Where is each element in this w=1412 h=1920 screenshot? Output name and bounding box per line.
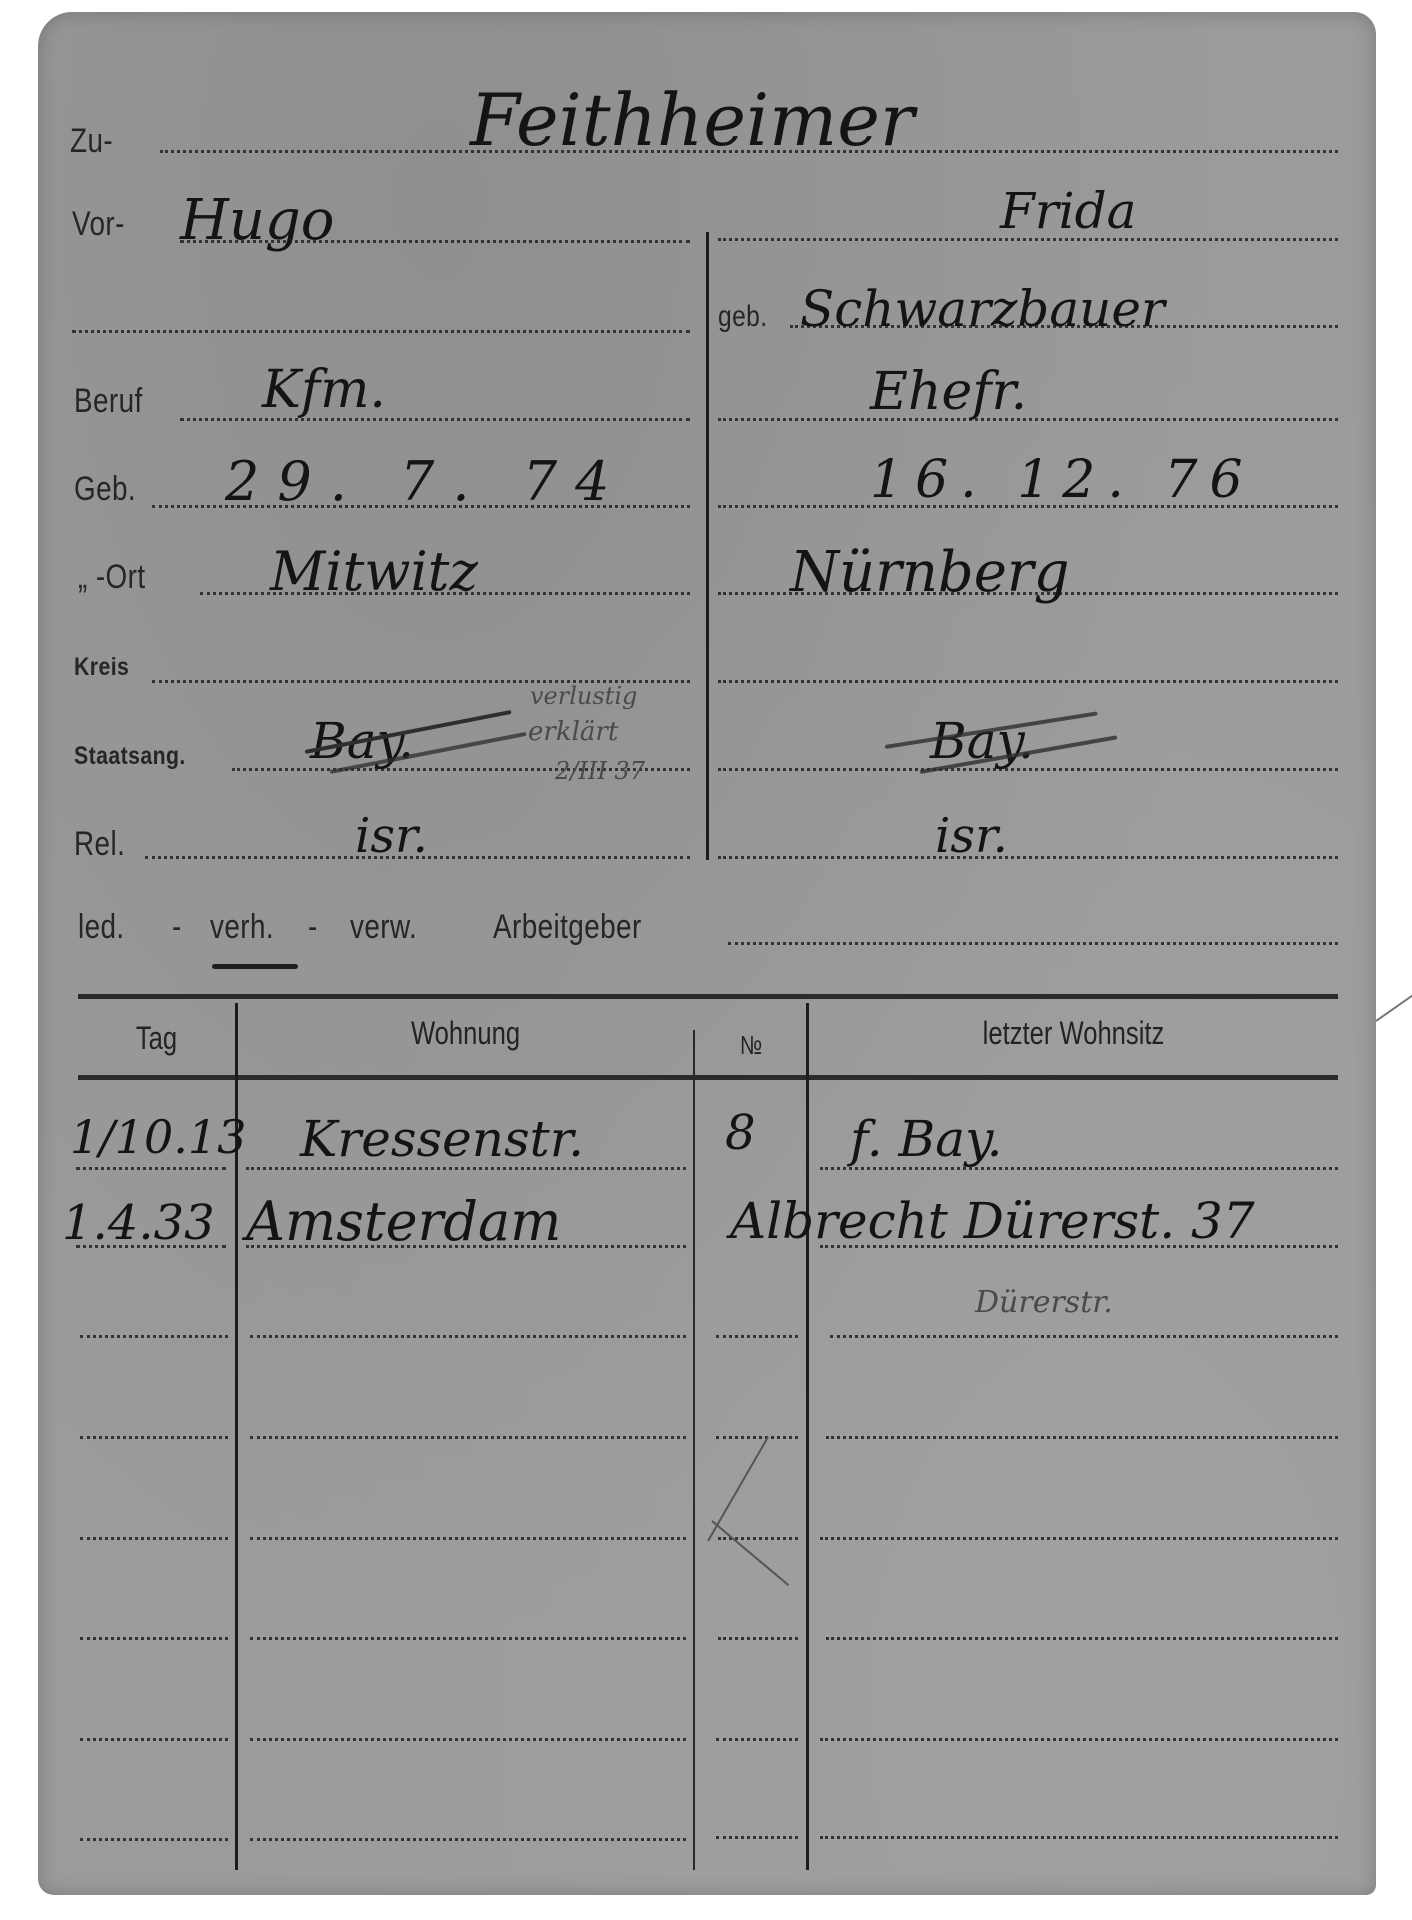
header-day: Tag: [94, 1020, 220, 1057]
row-line: [80, 1738, 228, 1741]
label-surname: Zu-: [70, 122, 113, 161]
row-line: [80, 1838, 228, 1841]
row-line: [820, 1167, 1338, 1170]
column-divider-number: [693, 1030, 695, 1870]
row-line: [820, 1836, 1338, 1839]
label-employer: Arbeitgeber: [493, 908, 642, 947]
married-underline-mark: [212, 964, 298, 969]
row-line: [716, 1436, 798, 1439]
label-citizenship: Staatsang.: [74, 742, 186, 771]
row1-last-residence: f. Bay.: [850, 1110, 1003, 1168]
row2-residence: Amsterdam: [246, 1190, 561, 1253]
religion-line-right: [718, 856, 1338, 859]
citizenship-note-line1: verlustig: [530, 682, 637, 710]
row-line: [80, 1637, 228, 1640]
row-line: [80, 1335, 228, 1338]
employer-line: [728, 942, 1338, 945]
wife-religion: isr.: [935, 808, 1008, 864]
row-line: [250, 1436, 686, 1439]
left-extra-line: [72, 330, 690, 333]
row-line: [76, 1245, 226, 1248]
row-line: [250, 1738, 686, 1741]
row2-day: 1.4.33: [62, 1195, 215, 1251]
label-birthplace: „ -Ort: [78, 558, 145, 597]
label-maiden: geb.: [718, 300, 768, 334]
row1-number: 8: [725, 1105, 756, 1161]
row-line: [76, 1167, 226, 1170]
wife-birthplace: Nürnberg: [790, 540, 1070, 605]
row-line: [830, 1335, 1338, 1338]
row1-day: 1/10.13: [70, 1110, 246, 1164]
header-number: №: [707, 1030, 795, 1061]
row-line: [716, 1836, 798, 1839]
row-line: [716, 1335, 798, 1338]
label-occupation: Beruf: [74, 382, 143, 421]
table-top-rule: [78, 994, 1338, 999]
label-religion: Rel.: [74, 825, 125, 864]
husband-firstname: Hugo: [180, 188, 334, 253]
edge-stray-mark: [1375, 994, 1412, 1021]
row-line: [250, 1838, 686, 1841]
husband-born: 29. 7. 74: [225, 450, 627, 513]
row1-residence: Kressenstr.: [300, 1110, 584, 1168]
status-married: verh.: [210, 908, 274, 947]
row-line: [250, 1637, 686, 1640]
row-line: [250, 1335, 686, 1338]
label-firstname: Vor-: [72, 205, 125, 244]
header-residence: Wohnung: [284, 1015, 648, 1052]
row-line: [80, 1436, 228, 1439]
row-line: [826, 1436, 1338, 1439]
husband-occupation: Kfm.: [262, 360, 386, 420]
spouse-divider: [706, 232, 709, 860]
status-single: led.: [78, 908, 125, 947]
district-line-right: [718, 680, 1338, 683]
label-district: Kreis: [74, 653, 129, 682]
status-sep2: -: [308, 908, 318, 947]
row-line: [826, 1637, 1338, 1640]
row-line: [820, 1738, 1338, 1741]
row2-last-residence: Albrecht Dürerst. 37: [730, 1192, 1255, 1250]
occupation-line-left: [180, 418, 690, 421]
column-divider-last-residence: [806, 1003, 809, 1870]
wife-firstname: Frida: [1000, 182, 1136, 240]
status-sep1: -: [172, 908, 182, 947]
wife-maiden-name: Schwarzbauer: [800, 280, 1165, 338]
citizenship-note-line3: 2/III 37: [555, 757, 645, 785]
husband-birthplace: Mitwitz: [270, 540, 478, 603]
wife-born: 16. 12. 76: [870, 450, 1255, 510]
wife-occupation: Ehefr.: [870, 362, 1027, 422]
row-line: [820, 1245, 1338, 1248]
row-line: [246, 1245, 686, 1248]
status-widowed: verw.: [350, 908, 417, 947]
occupation-line-right: [718, 418, 1338, 421]
table-header-rule: [78, 1075, 1338, 1080]
husband-religion: isr.: [355, 808, 428, 864]
row-line: [820, 1537, 1338, 1540]
header-last-residence: letzter Wohnsitz: [862, 1015, 1285, 1052]
citizenship-note-line2: erklärt: [528, 717, 618, 747]
row-line: [250, 1537, 686, 1540]
label-born: Geb.: [74, 470, 136, 509]
row-line: [718, 1637, 798, 1640]
row-line: [246, 1167, 686, 1170]
row-line: [716, 1738, 798, 1741]
row-line: [80, 1537, 228, 1540]
surname-value: Feithheimer: [470, 78, 914, 162]
row2-last-residence-note: Dürerstr.: [975, 1285, 1113, 1320]
